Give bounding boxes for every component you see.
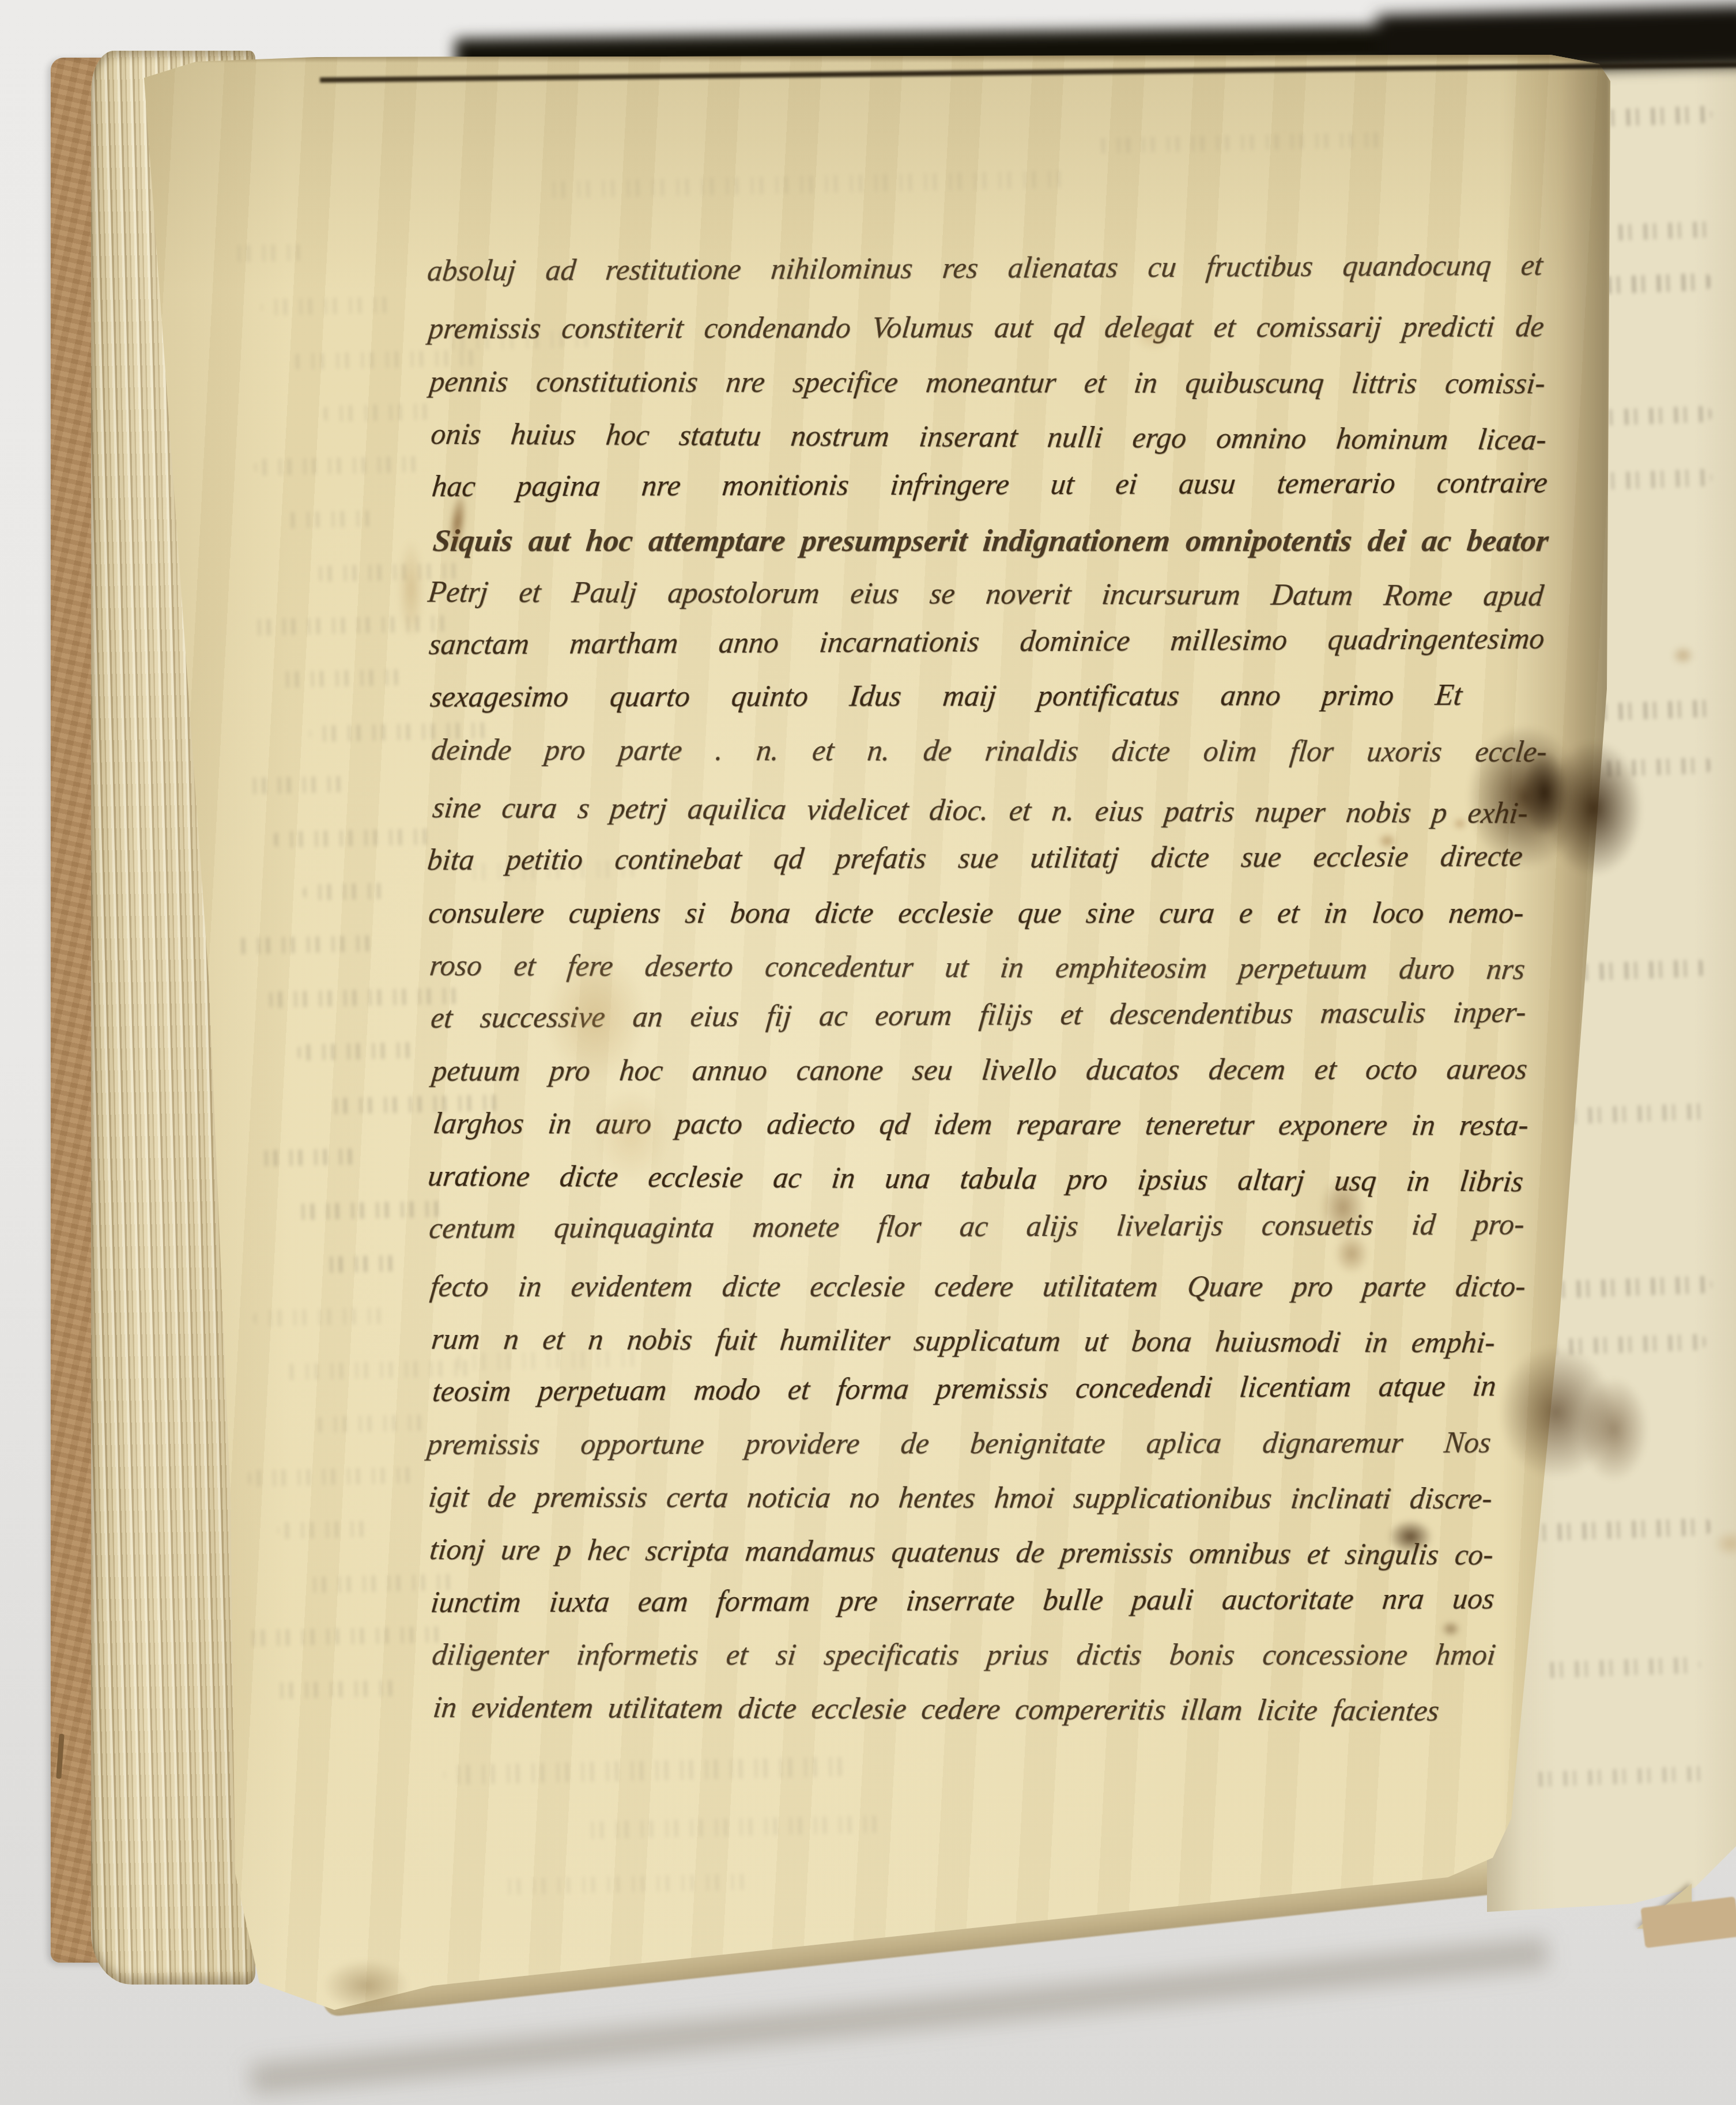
manuscript-line: centum quinquaginta monete flor ac alijs…	[425, 1208, 1526, 1265]
manuscript-line: deinde pro parte . n. et n. de rinaldis …	[428, 733, 1549, 788]
manuscript-line: pennis constitutionis nre specifice mone…	[426, 365, 1547, 420]
manuscript-line: in evidentem utilitatem dicte ecclesie c…	[429, 1691, 1441, 1747]
manuscript-line: premissis opportune providere de benigni…	[424, 1425, 1493, 1480]
manuscript-line: sanctam martham anno incarnationis domin…	[425, 622, 1546, 681]
manuscript-line: sexagesimo quarto quinto Idus maij ponti…	[427, 678, 1464, 733]
manuscript-line: premissis constiterit condenando Volumus…	[425, 310, 1546, 365]
manuscript-line: hac pagina nre monitionis infringere ut …	[428, 466, 1549, 523]
manuscript-line: consulere cupiens si bona dicte ecclesie…	[425, 896, 1526, 949]
manuscript-line: et successive an eius fij ac eorum filij…	[427, 995, 1527, 1054]
show-through-writing	[1545, 1657, 1701, 1678]
show-through-writing	[1527, 1518, 1712, 1541]
manuscript-line: bita petitio continebat qd prefatis sue …	[424, 840, 1524, 897]
manuscript-line: absoluj ad restitutione nihilominus res …	[424, 248, 1544, 307]
manuscript-line: petuum pro hoc annuo canone seu livello …	[428, 1052, 1529, 1107]
manuscript-line: teosim perpetuam modo et forma premissis…	[429, 1370, 1497, 1428]
scanned-manuscript-photo: absoluj ad restitutione nihilominus res …	[0, 0, 1736, 2105]
show-through-writing	[1539, 1334, 1707, 1356]
manuscript-text-block: absoluj ad restitutione nihilominus res …	[144, 55, 1611, 2032]
manuscript-line: Siquis aut hoc attemptare presumpserit i…	[429, 523, 1550, 576]
manuscript-line: fecto in evidentem dicte ecclesie cedere…	[427, 1270, 1527, 1323]
manuscript-line: iunctim iuxta eam formam pre inserrate b…	[427, 1582, 1496, 1638]
manuscript-line: diligenter informetis et si specificatis…	[428, 1638, 1497, 1691]
show-through-writing	[1533, 1766, 1707, 1787]
manuscript-line: larghos in auro pacto adiecto qd idem re…	[429, 1107, 1530, 1161]
manuscript-page: absoluj ad restitutione nihilominus res …	[144, 55, 1611, 2032]
manuscript-line: igit de premissis certa noticia no hente…	[425, 1480, 1494, 1535]
